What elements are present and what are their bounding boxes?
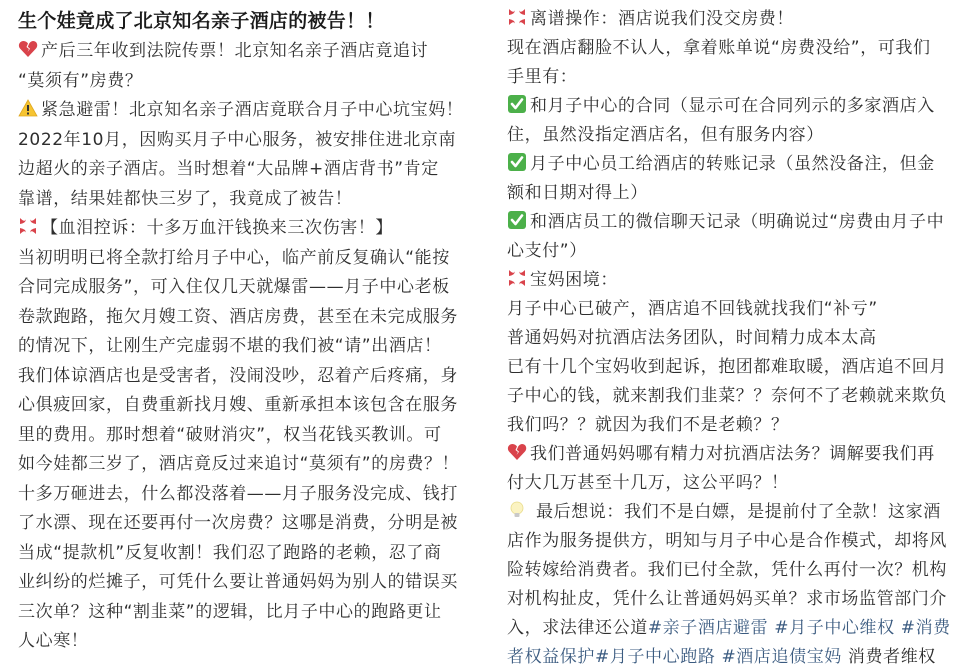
post-line: 普通妈妈对抗酒店法务团队，时间精力成本太高 [507, 324, 957, 353]
post-line: 店作为服务提供方，明知与月子中心是合作模式，却将风 [507, 527, 957, 556]
post-line: 靠谱，结果娃都快三岁了，我竟成了被告！ [18, 185, 478, 215]
post-text: 三次单？这种“割韭菜”的逻辑，比月子中心的跑路更让 [18, 602, 442, 622]
post-line: 当初明明已将全款打给月子中心，临产前反复确认“能按 [18, 244, 478, 274]
post-line: 付大几万甚至十几万，这公平吗？！ [507, 469, 957, 498]
check-icon [507, 152, 527, 172]
hashtag-link[interactable]: #月子中心维权 [768, 618, 894, 638]
post-line: 了水漂、现在还要再付一次房费？这哪是消费，分明是被 [18, 509, 478, 539]
post-line: 住，虽然没指定酒店名，但有服务内容） [507, 121, 957, 150]
post-text: 住，虽然没指定酒店名，但有服务内容） [507, 125, 824, 145]
post-line: 对机构扯皮，凭什么让普通妈妈买单？求市场监管部门介 [507, 585, 957, 614]
post-text: 额和日期对得上） [507, 183, 648, 203]
anger-icon [507, 7, 527, 27]
post-text: 2022年10月，因购买月子中心服务，被安排住进北京南 [18, 130, 456, 150]
post-line: 心俱疲回家，自费重新找月嫂、重新承担本该包含在服务 [18, 391, 478, 421]
post-line: 心支付”） [507, 237, 957, 266]
post-text: 月子中心已破产，酒店追不回钱就找我们“补亏” [507, 299, 878, 319]
post-text: 边超火的亲子酒店。当时想着“大品牌+酒店背书”肯定 [18, 159, 439, 179]
post-line: 离谱操作：酒店说我们没交房费！ [507, 5, 957, 34]
post-line: 【血泪控诉：十多万血汗钱换来三次伤害！】 [18, 214, 478, 244]
post-text: 最后想说：我们不是白嫖，是提前付了全款！这家酒 [530, 502, 941, 522]
post-line: 人心寒！ [18, 627, 478, 657]
post-line: 宝妈困境： [507, 266, 957, 295]
post-line: 和酒店员工的微信聊天记录（明确说过“房费由月子中 [507, 208, 957, 237]
post-text: 紧急避雷！北京知名亲子酒店竟联合月子中心坑宝妈！ [41, 100, 463, 120]
post-text: 店作为服务提供方，明知与月子中心是合作模式，却将风 [507, 531, 947, 551]
hashtag-link[interactable]: #消费 [895, 618, 951, 638]
broken-heart-icon [18, 39, 38, 59]
post-text: “莫须有”房费？ [18, 71, 142, 91]
post-text: 我们吗？？就因为我们不是老赖？？ [507, 415, 789, 435]
post-line: 三次单？这种“割韭菜”的逻辑，比月子中心的跑路更让 [18, 598, 478, 628]
post-text: 普通妈妈对抗酒店法务团队，时间精力成本太高 [507, 328, 877, 348]
lightbulb-icon [507, 500, 527, 520]
check-icon [507, 94, 527, 114]
post-line: 最后想说：我们不是白嫖，是提前付了全款！这家酒 [507, 498, 957, 527]
post-line: 月子中心员工给酒店的转账记录（虽然没备注，但金 [507, 150, 957, 179]
post-text: 手里有： [507, 67, 577, 87]
post-text: 我们普通妈妈哪有精力对抗酒店法务？调解要我们再 [530, 444, 935, 464]
post-line: 卷款跑路，拖欠月嫂工资、酒店房费，甚至在未完成服务 [18, 303, 478, 333]
post-line: 入，求法律还公道#亲子酒店避雷 #月子中心维权 #消费 [507, 614, 957, 643]
post-line: 的情况下，让刚生产完虚弱不堪的我们被“请”出酒店！ [18, 332, 478, 362]
post-text: 离谱操作：酒店说我们没交房费！ [530, 9, 794, 29]
post-text: 卷款跑路，拖欠月嫂工资、酒店房费，甚至在未完成服务 [18, 307, 458, 327]
post-line: 如今娃都三岁了，酒店竟反过来追讨“莫须有”的房费？！ [18, 450, 478, 480]
post-text: 月子中心员工给酒店的转账记录（虽然没备注，但金 [530, 154, 935, 174]
post-line: 手里有： [507, 63, 957, 92]
post-text: 和酒店员工的微信聊天记录（明确说过“房费由月子中 [530, 212, 944, 232]
post-screenshot: 生个娃竟成了北京知名亲子酒店的被告！！ 产后三年收到法院传票！北京知名亲子酒店竟… [0, 0, 960, 664]
warning-icon [18, 98, 38, 118]
post-title: 生个娃竟成了北京知名亲子酒店的被告！！ [18, 9, 478, 33]
post-text: 【血泪控诉：十多万血汗钱换来三次伤害！】 [41, 218, 393, 238]
post-line: 者权益保护#月子中心跑路 #酒店追债宝妈 消费者维权 [507, 643, 957, 664]
post-line: 子中心的钱，就来割我们韭菜？？奈何不了老赖就来欺负 [507, 382, 957, 411]
post-text: 付大几万甚至十几万，这公平吗？！ [507, 473, 789, 493]
post-line: 我们体谅酒店也是受害者，没闹没吵，忍着产后疼痛，身 [18, 362, 478, 392]
anger-icon [507, 268, 527, 288]
post-text: 当成“提款机”反复收割！我们忍了跑路的老赖，忍了商 [18, 543, 442, 563]
post-line: 当成“提款机”反复收割！我们忍了跑路的老赖，忍了商 [18, 539, 478, 569]
post-line: 业纠纷的烂摊子，可凭什么要让普通妈妈为别人的错误买 [18, 568, 478, 598]
hashtag-link[interactable]: #亲子酒店避雷 [648, 618, 768, 638]
post-line: 现在酒店翻脸不认人，拿着账单说“房费没给”，可我们 [507, 34, 957, 63]
post-text: 消费者维权 [842, 647, 936, 664]
post-text: 现在酒店翻脸不认人，拿着账单说“房费没给”，可我们 [507, 38, 931, 58]
post-line: 险转嫁给消费者。我们已付全款，凭什么再付一次？机构 [507, 556, 957, 585]
post-text: 靠谱，结果娃都快三岁了，我竟成了被告！ [18, 189, 352, 209]
post-line: 2022年10月，因购买月子中心服务，被安排住进北京南 [18, 126, 478, 156]
post-text: 了水漂、现在还要再付一次房费？这哪是消费，分明是被 [18, 513, 458, 533]
broken-heart-icon [507, 442, 527, 462]
post-text: 险转嫁给消费者。我们已付全款，凭什么再付一次？机构 [507, 560, 947, 580]
post-text: 产后三年收到法院传票！北京知名亲子酒店竟追讨 [41, 41, 428, 61]
post-text: 我们体谅酒店也是受害者，没闹没吵，忍着产后疼痛，身 [18, 366, 458, 386]
post-line: 里的费用。那时想着“破财消灾”，权当花钱买教训。可 [18, 421, 478, 451]
post-line: 和月子中心的合同（显示可在合同列示的多家酒店入 [507, 92, 957, 121]
post-right-column: 离谱操作：酒店说我们没交房费！ 现在酒店翻脸不认人，拿着账单说“房费没给”，可我… [507, 0, 957, 664]
post-line: 产后三年收到法院传票！北京知名亲子酒店竟追讨 [18, 37, 478, 67]
post-text: 人心寒！ [18, 631, 88, 651]
post-line: 额和日期对得上） [507, 179, 957, 208]
post-text: 当初明明已将全款打给月子中心，临产前反复确认“能按 [18, 248, 450, 268]
post-text: 里的费用。那时想着“破财消灾”，权当花钱买教训。可 [18, 425, 442, 445]
post-text: 对机构扯皮，凭什么让普通妈妈买单？求市场监管部门介 [507, 589, 947, 609]
hashtag-link[interactable]: #酒店追债宝妈 [715, 647, 841, 664]
post-line: 我们吗？？就因为我们不是老赖？？ [507, 411, 957, 440]
post-text: 和月子中心的合同（显示可在合同列示的多家酒店入 [530, 96, 935, 116]
post-text: 如今娃都三岁了，酒店竟反过来追讨“莫须有”的房费？！ [18, 454, 459, 474]
post-text: 的情况下，让刚生产完虚弱不堪的我们被“请”出酒店！ [18, 336, 442, 356]
post-line: 已有十几个宝妈收到起诉，抱团都难取暖，酒店追不回月 [507, 353, 957, 382]
hashtag-link[interactable]: #月子中心跑路 [595, 647, 715, 664]
anger-icon [18, 216, 38, 236]
post-text: 十多万砸进去，什么都没落着——月子服务没完成、钱打 [18, 484, 458, 504]
post-text: 合同完成服务”，可入住仅几天就爆雷——月子中心老板 [18, 277, 450, 297]
post-line: 合同完成服务”，可入住仅几天就爆雷——月子中心老板 [18, 273, 478, 303]
post-line: 十多万砸进去，什么都没落着——月子服务没完成、钱打 [18, 480, 478, 510]
hashtag-link[interactable]: 者权益保护 [507, 647, 595, 664]
post-line: 紧急避雷！北京知名亲子酒店竟联合月子中心坑宝妈！ [18, 96, 478, 126]
post-line: 我们普通妈妈哪有精力对抗酒店法务？调解要我们再 [507, 440, 957, 469]
post-text: 心俱疲回家，自费重新找月嫂、重新承担本该包含在服务 [18, 395, 458, 415]
post-text: 心支付”） [507, 241, 587, 261]
post-line: 边超火的亲子酒店。当时想着“大品牌+酒店背书”肯定 [18, 155, 478, 185]
post-text: 子中心的钱，就来割我们韭菜？？奈何不了老赖就来欺负 [507, 386, 947, 406]
post-text: 业纠纷的烂摊子，可凭什么要让普通妈妈为别人的错误买 [18, 572, 458, 592]
check-icon [507, 210, 527, 230]
post-text: 宝妈困境： [530, 270, 618, 290]
post-text: 已有十几个宝妈收到起诉，抱团都难取暖，酒店追不回月 [507, 357, 947, 377]
post-line: “莫须有”房费？ [18, 67, 478, 97]
post-left-column: 生个娃竟成了北京知名亲子酒店的被告！！ 产后三年收到法院传票！北京知名亲子酒店竟… [18, 0, 478, 657]
post-line: 月子中心已破产，酒店追不回钱就找我们“补亏” [507, 295, 957, 324]
post-text: 入，求法律还公道 [507, 618, 648, 638]
